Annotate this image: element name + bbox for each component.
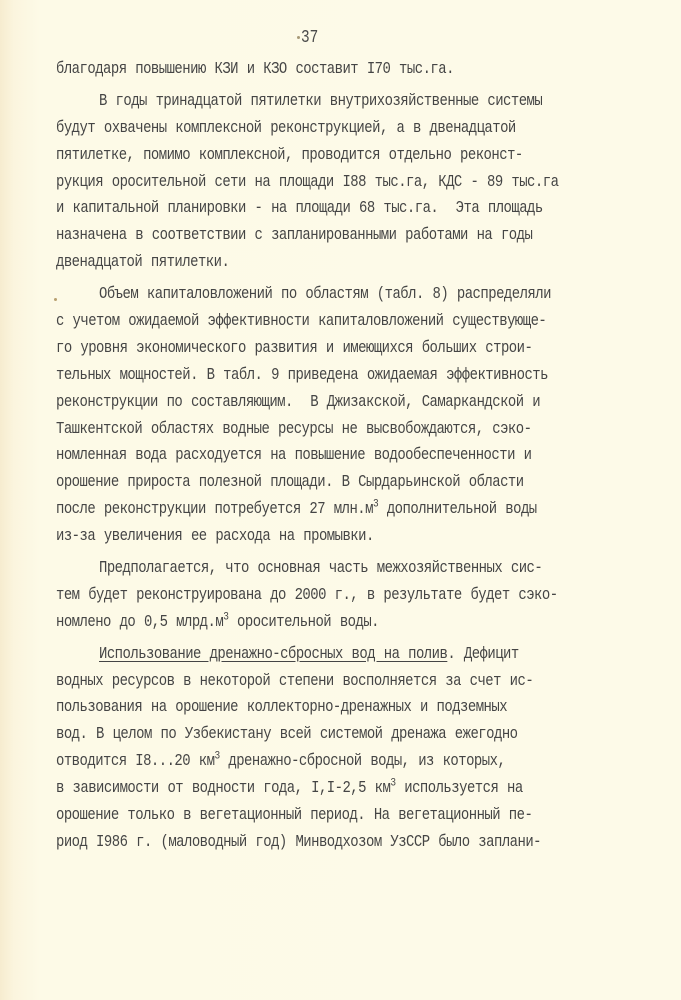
text-line: назначена в соответствии с запланированн… bbox=[56, 222, 572, 249]
text-line: водных ресурсов в некоторой степени восп… bbox=[56, 668, 572, 695]
text-line: В годы тринадцатой пятилетки внутрихозяй… bbox=[56, 88, 572, 115]
text-line: го уровня экономического развития и имею… bbox=[56, 335, 572, 362]
superscript: 3 bbox=[373, 499, 378, 511]
document-body: благодаря повышению КЗИ и КЗО составит I… bbox=[56, 56, 656, 856]
document-page: 37 благодаря повышению КЗИ и КЗО состави… bbox=[0, 0, 681, 1000]
text-line: пятилетке, помимо комплексной, проводитс… bbox=[56, 142, 572, 169]
text-line: Предполагается, что основная часть межхо… bbox=[56, 555, 572, 582]
text-line: отводится I8...20 км3 дренажно-сбросной … bbox=[56, 748, 572, 775]
paragraph: Использование дренажно-сбросных вод на п… bbox=[56, 641, 656, 856]
text-line: тельных мощностей. В табл. 9 приведена о… bbox=[56, 362, 572, 389]
paragraph: благодаря повышению КЗИ и КЗО составит I… bbox=[56, 56, 656, 83]
text-line: благодаря повышению КЗИ и КЗО составит I… bbox=[56, 56, 572, 83]
paragraph: Предполагается, что основная часть межхо… bbox=[56, 555, 656, 636]
text-line: орошение прироста полезной площади. В Сы… bbox=[56, 469, 572, 496]
text-line: Объем капиталовложений по областям (табл… bbox=[56, 281, 572, 308]
text-line: тем будет реконструирована до 2000 г., в… bbox=[56, 582, 572, 609]
section-heading: Использование дренажно-сбросных вод на п… bbox=[99, 645, 447, 663]
text-line: с учетом ожидаемой эффективности капитал… bbox=[56, 308, 572, 335]
text-line: после реконструкции потребуется 27 млн.м… bbox=[56, 496, 572, 523]
text-line: номленная вода расходуется на повышение … bbox=[56, 442, 572, 469]
text-line: двенадцатой пятилетки. bbox=[56, 249, 572, 276]
text-line: пользования на орошение коллекторно-дрен… bbox=[56, 694, 572, 721]
superscript: 3 bbox=[223, 611, 228, 623]
text-line: номлено до 0,5 млрд.м3 оросительной воды… bbox=[56, 609, 572, 636]
text-line: и капитальной планировки - на площади 68… bbox=[56, 195, 572, 222]
paragraph: Объем капиталовложений по областям (табл… bbox=[56, 281, 656, 550]
paragraph: В годы тринадцатой пятилетки внутрихозяй… bbox=[56, 88, 656, 276]
text-line: реконструкции по составляющим. В Джизакс… bbox=[56, 389, 572, 416]
page-number: 37 bbox=[301, 28, 318, 48]
text-line: вод. В целом по Узбекистану всей системо… bbox=[56, 721, 572, 748]
text-line: Использование дренажно-сбросных вод на п… bbox=[56, 641, 572, 668]
text-line: из-за увеличения ее расхода на промывки. bbox=[56, 523, 572, 550]
text-line: риод I986 г. (маловодный год) Минводхозо… bbox=[56, 829, 572, 856]
text-line: Ташкентской областях водные ресурсы не в… bbox=[56, 416, 572, 443]
superscript: 3 bbox=[390, 778, 395, 790]
text-line: рукция оросительной сети на площади I88 … bbox=[56, 169, 572, 196]
text-line: орошение только в вегетационный период. … bbox=[56, 802, 572, 829]
superscript: 3 bbox=[214, 751, 219, 763]
speck bbox=[297, 36, 300, 39]
text-line: будут охвачены комплексной реконструкцие… bbox=[56, 115, 572, 142]
text-line: в зависимости от водности года, I,I-2,5 … bbox=[56, 775, 572, 802]
